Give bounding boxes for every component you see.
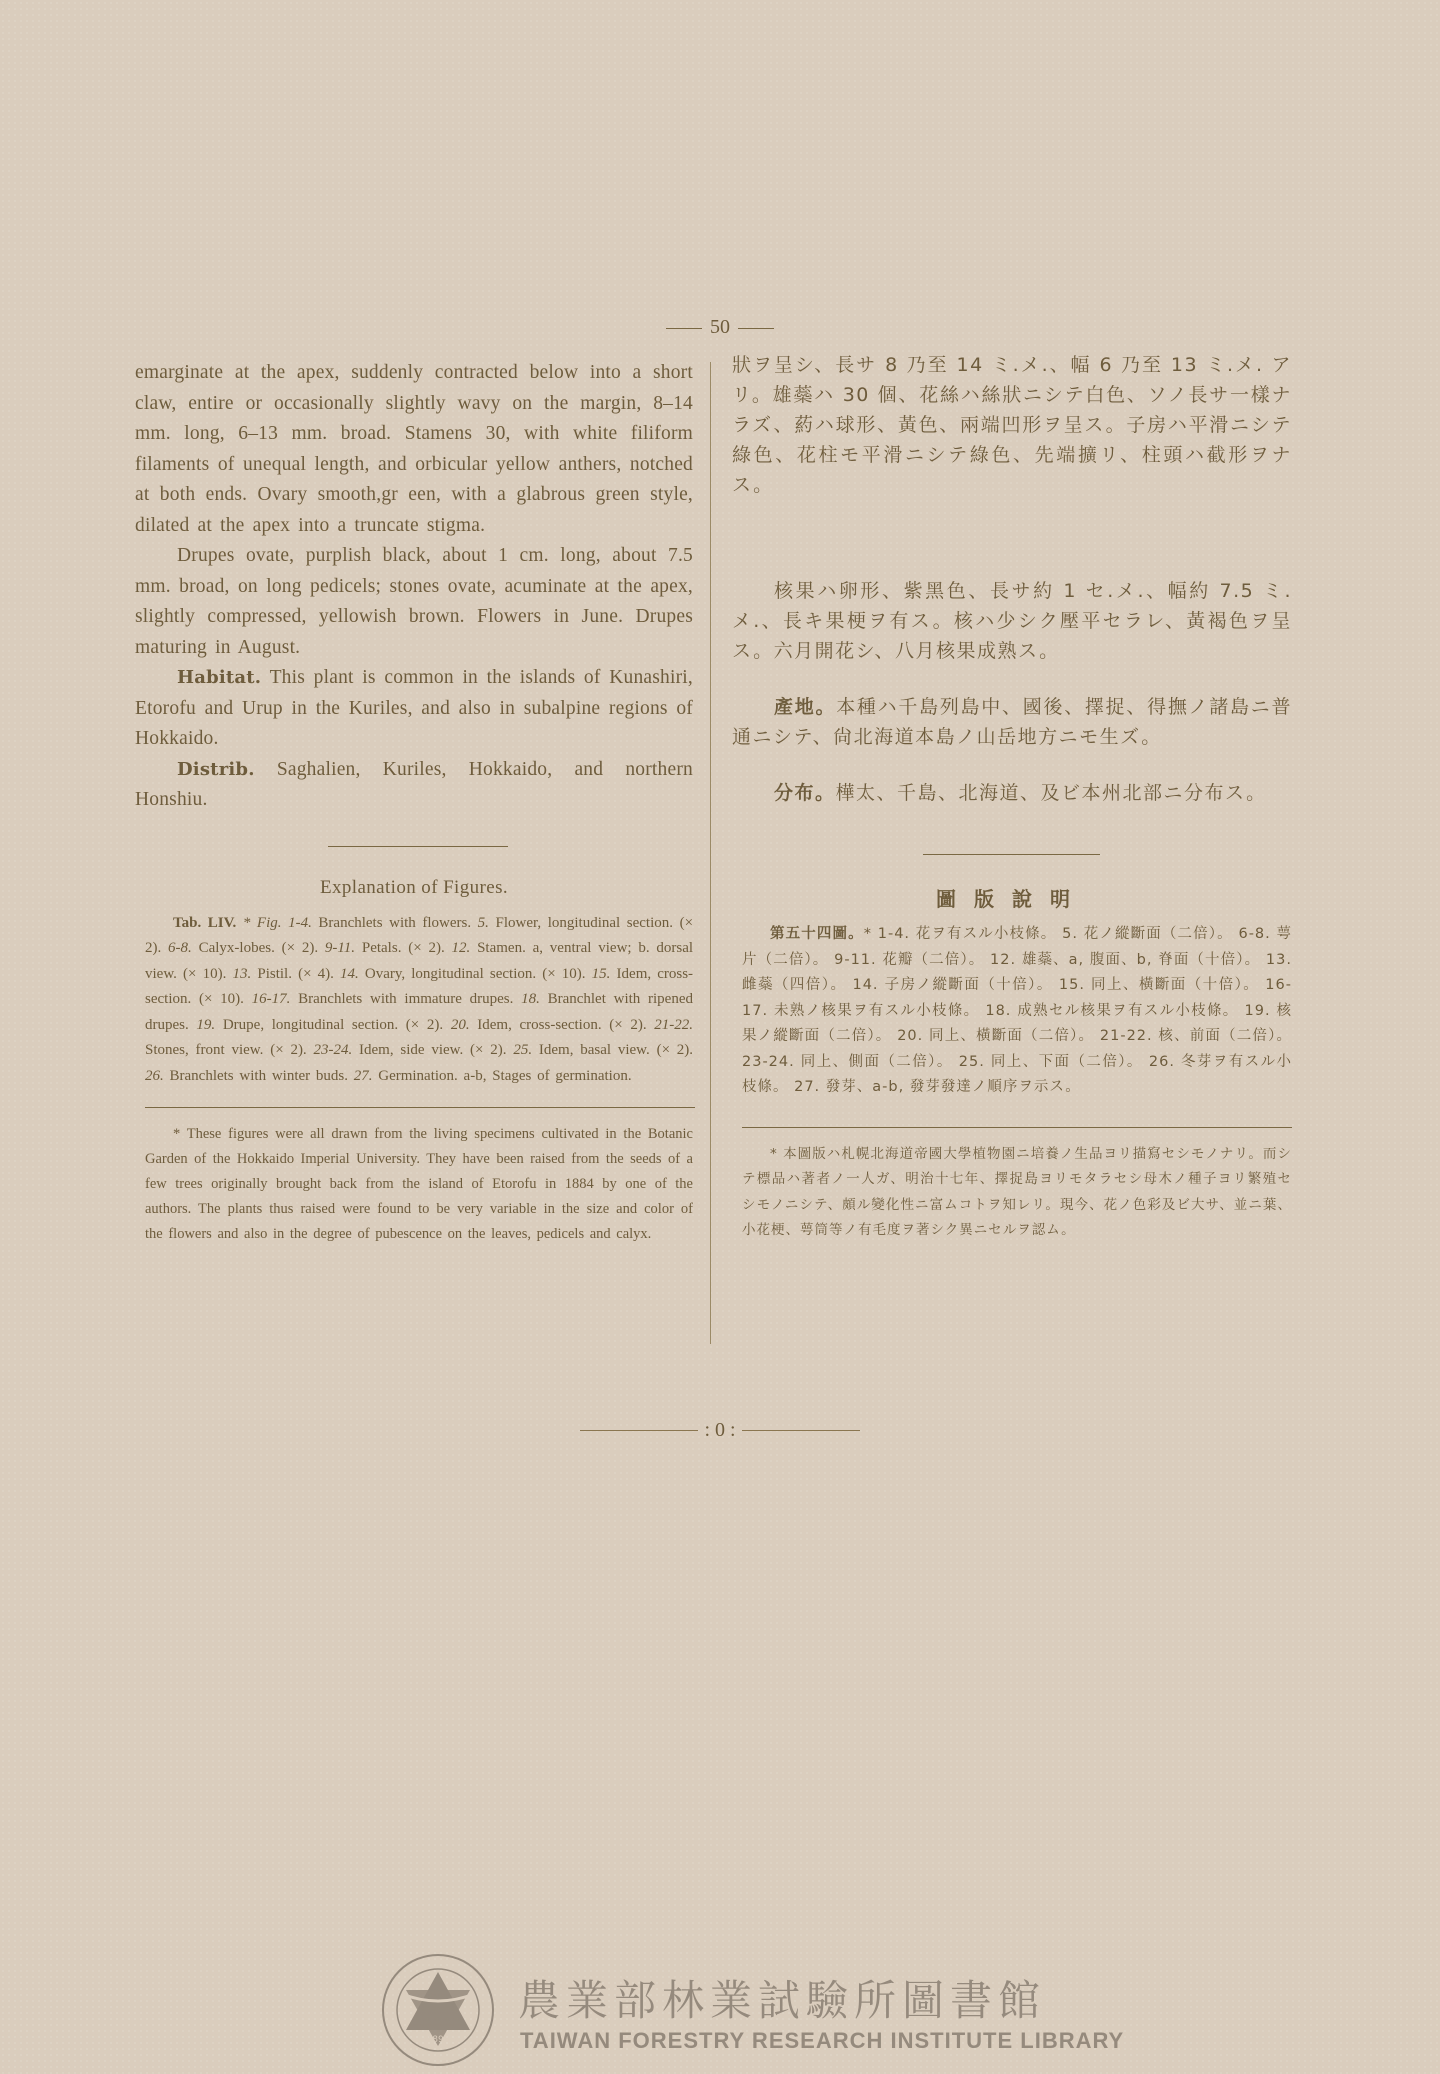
paragraph-description: emarginate at the apex, suddenly contrac… xyxy=(135,358,693,541)
fig-item: 19. Drupe, longitudinal section. (× 2). xyxy=(196,1017,443,1033)
jp-habitat-paragraph: 產地。本種ハ千島列島中、國後、擇捉、得撫ノ諸島ニ普通ニシテ、尙北海道本島ノ山岳地… xyxy=(732,692,1292,752)
fig-item: * Fig. 1-4. Branchlets with flowers. xyxy=(243,915,471,931)
jp-tab-label: 第五十四圖。 xyxy=(770,926,864,942)
english-column: emarginate at the apex, suddenly contrac… xyxy=(135,358,693,1247)
jp-footnote-rule xyxy=(742,1127,1292,1128)
column-divider xyxy=(710,362,711,1344)
footnote-rule xyxy=(145,1107,695,1108)
habitat-paragraph: Habitat. This plant is common in the isl… xyxy=(135,663,693,755)
figure-explanations: Tab. LIV. * Fig. 1-4. Branchlets with fl… xyxy=(135,911,693,1090)
paragraph-drupes: Drupes ovate, purplish black, about 1 cm… xyxy=(135,541,693,663)
fig-item: 20. Idem, cross-section. (× 2). xyxy=(451,1017,647,1033)
fig-item: 16-17. Branchlets with immature drupes. xyxy=(252,991,514,1007)
fig-item: 27. Germination. a-b, Stages of germinat… xyxy=(354,1068,632,1084)
distrib-label: Distrib. xyxy=(177,759,255,780)
svg-text:1896: 1896 xyxy=(427,2035,450,2045)
dash-right xyxy=(738,328,774,329)
section-rule xyxy=(328,846,508,847)
jp-paragraph-description: 狀ヲ呈シ、長サ 8 乃至 14 ミ.メ.、幅 6 乃至 13 ミ.メ. アリ。雄… xyxy=(732,350,1292,500)
library-name-chinese: 農業部林業試驗所圖書館 xyxy=(518,1968,1046,2028)
jp-figure-explanations: 第五十四圖。* 1-4. 花ヲ有スル小枝條。 5. 花ノ縱斷面（二倍）。 6-8… xyxy=(732,922,1292,1101)
separator-line-left xyxy=(580,1430,698,1431)
jp-explanation-heading: 圖版說明 xyxy=(732,883,1292,912)
japanese-column: 狀ヲ呈シ、長サ 8 乃至 14 ミ.メ.、幅 6 乃至 13 ミ.メ. アリ。雄… xyxy=(732,350,1292,1244)
jp-distrib-text: 樺太、千島、北海道、及ビ本州北部ニ分布ス。 xyxy=(836,782,1267,804)
distrib-paragraph: Distrib. Saghalien, Kuriles, Hokkaido, a… xyxy=(135,755,693,816)
jp-figure-text: * 1-4. 花ヲ有スル小枝條。 5. 花ノ縱斷面（二倍）。 6-8. 萼片（二… xyxy=(742,926,1292,1095)
library-name-english: TAIWAN FORESTRY RESEARCH INSTITUTE LIBRA… xyxy=(520,2028,1124,2054)
jp-section-rule xyxy=(923,854,1100,855)
end-separator: : 0 : xyxy=(580,1418,860,1442)
fig-item: 25. Idem, basal view. (× 2). xyxy=(513,1042,693,1058)
library-watermark: 1896 農業部林業試驗所圖書館 TAIWAN FORESTRY RESEARC… xyxy=(378,1950,1078,2070)
fig-item: 14. Ovary, longitudinal section. (× 10). xyxy=(340,966,586,982)
page-number-value: 50 xyxy=(710,316,730,338)
fig-item: 13. Pistil. (× 4). xyxy=(232,966,333,982)
separator-mark: : 0 : xyxy=(698,1419,741,1442)
fig-item: 26. Branchlets with winter buds. xyxy=(145,1068,348,1084)
fig-item: 9-11. Petals. (× 2). xyxy=(325,940,445,956)
fig-item: 23-24. Idem, side view. (× 2). xyxy=(313,1042,506,1058)
footnote: * These figures were all drawn from the … xyxy=(135,1122,693,1247)
page-number: 50 xyxy=(0,316,1440,339)
jp-distrib-label: 分布。 xyxy=(774,782,836,804)
tfri-logo-icon: 1896 xyxy=(378,1950,498,2070)
jp-paragraph-drupes: 核果ハ卵形、紫黑色、長サ約 1 セ.メ.、幅約 7.5 ミ.メ.、長キ果梗ヲ有ス… xyxy=(732,576,1292,666)
jp-footnote: * 本圖版ハ札幌北海道帝國大學植物園ニ培養ノ生品ヨリ描寫セシモノナリ。而シテ標品… xyxy=(732,1142,1292,1244)
jp-habitat-label: 產地。 xyxy=(774,696,836,718)
separator-line-right xyxy=(742,1430,860,1431)
habitat-label: Habitat. xyxy=(177,667,261,688)
jp-distrib-paragraph: 分布。樺太、千島、北海道、及ビ本州北部ニ分布ス。 xyxy=(732,778,1292,808)
dash-left xyxy=(666,328,702,329)
fig-item: 6-8. Calyx-lobes. (× 2). xyxy=(168,940,318,956)
tab-label: Tab. LIV. xyxy=(173,915,236,931)
explanation-heading: Explanation of Figures. xyxy=(135,877,693,899)
